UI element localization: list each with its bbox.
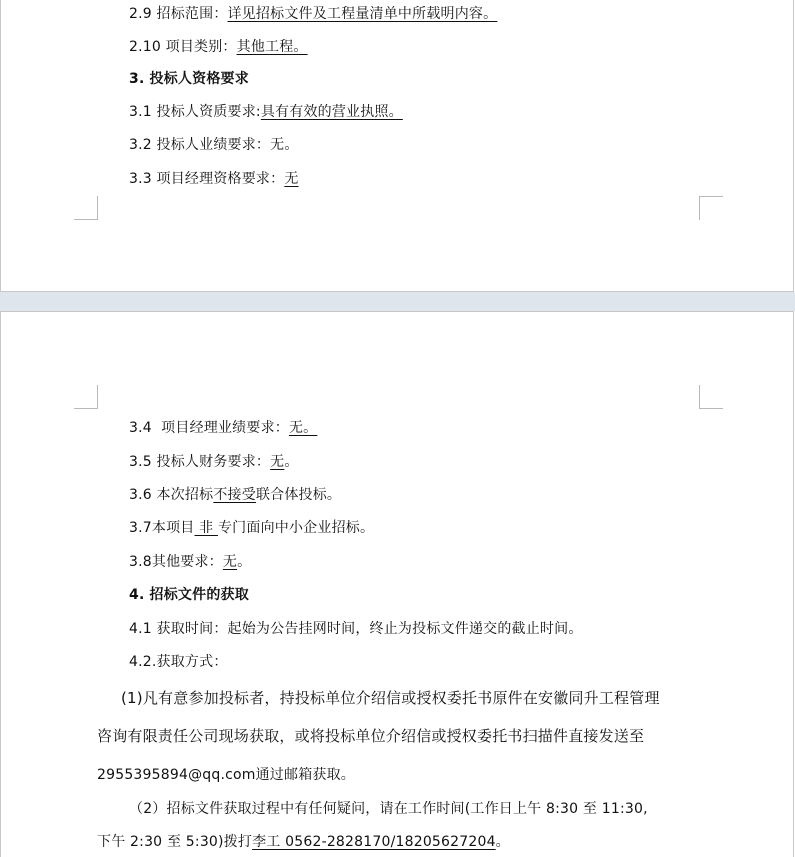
paragraph-3-2[interactable]: 3.2 投标人业绩要求：无。 — [129, 136, 299, 154]
paragraph-4-2-2-line-1[interactable]: （2）招标文件获取过程中有任何疑问，请在工作时间(工作日上午 8:30 至 11… — [129, 800, 648, 818]
paragraph-4-2-2-line-2[interactable]: 下午 2:30 至 5:30)拨打李工 0562-2828170/1820562… — [97, 833, 510, 851]
section-heading-4[interactable]: 4. 招标文件的获取 — [129, 586, 249, 604]
text: 3.6 本次招标 — [129, 487, 213, 503]
margin-corner-mark — [74, 385, 98, 409]
text: 。 — [496, 834, 510, 850]
text: 4.1 获取时间：起始为公告挂网时间，终止为投标文件递交的截止时间。 — [129, 621, 583, 637]
underlined-text: 无 — [270, 454, 284, 470]
document-page-1[interactable]: 2.9 招标范围：详见招标文件及工程量清单中所载明内容。 2.10 项目类别：其… — [0, 0, 794, 292]
paragraph-3-3[interactable]: 3.3 项目经理资格要求：无 — [129, 170, 299, 188]
text: 3.5 投标人财务要求： — [129, 454, 270, 470]
underlined-text: 无 — [284, 171, 298, 187]
paragraph-4-2-1-line-2[interactable]: 咨询有限责任公司现场获取，或将投标单位介绍信或授权委托书扫描件直接发送至 — [97, 727, 644, 745]
text: (1)凡有意参加投标者，持投标单位介绍信或授权委托书原件在安徽同升工程管理 — [121, 689, 660, 707]
text: 2955395894@qq.com通过邮箱获取。 — [97, 767, 355, 783]
text: 2.9 招标范围： — [129, 6, 228, 22]
text: （2）招标文件获取过程中有任何疑问，请在工作时间(工作日上午 8:30 至 11… — [129, 801, 648, 817]
text: 联合体投标。 — [256, 487, 341, 503]
paragraph-3-7[interactable]: 3.7本项目 非 专门面向中小企业招标。 — [129, 519, 374, 537]
paragraph-4-1[interactable]: 4.1 获取时间：起始为公告挂网时间，终止为投标文件递交的截止时间。 — [129, 620, 583, 638]
text: 下午 2:30 至 5:30)拨打 — [97, 834, 252, 850]
paragraph-3-5[interactable]: 3.5 投标人财务要求：无。 — [129, 453, 299, 471]
text: 3.8其他要求： — [129, 554, 223, 570]
paragraph-3-6[interactable]: 3.6 本次招标不接受联合体投标。 — [129, 486, 341, 504]
text: 3.1 投标人资质要求: — [129, 104, 261, 120]
underlined-text: 其他工程。 — [237, 39, 308, 55]
underlined-text: 无。 — [289, 420, 317, 436]
text: 3.2 投标人业绩要求：无。 — [129, 137, 299, 153]
paragraph-4-2-1-line-1[interactable]: (1)凡有意参加投标者，持投标单位介绍信或授权委托书原件在安徽同升工程管理 — [121, 689, 660, 707]
paragraph-3-8[interactable]: 3.8其他要求：无。 — [129, 553, 251, 571]
text: 3.3 项目经理资格要求： — [129, 171, 284, 187]
margin-corner-mark — [699, 196, 723, 220]
paragraph-4-2-1-line-3[interactable]: 2955395894@qq.com通过邮箱获取。 — [97, 766, 355, 784]
document-page-2[interactable]: 3.4 项目经理业绩要求：无。 3.5 投标人财务要求：无。 3.6 本次招标不… — [0, 311, 794, 857]
underlined-text: 具有有效的营业执照。 — [261, 104, 403, 120]
page-separator — [0, 292, 795, 311]
underlined-text: 不接受 — [213, 487, 256, 503]
text: 咨询有限责任公司现场获取，或将投标单位介绍信或授权委托书扫描件直接发送至 — [97, 727, 644, 745]
text: 专门面向中小企业招标。 — [218, 520, 374, 536]
paragraph-3-4[interactable]: 3.4 项目经理业绩要求：无。 — [129, 419, 317, 437]
paragraph-3-1[interactable]: 3.1 投标人资质要求:具有有效的营业执照。 — [129, 103, 403, 121]
paragraph-4-2[interactable]: 4.2.获取方式： — [129, 653, 228, 671]
text: 。 — [237, 554, 251, 570]
contact-phone: 李工 0562-2828170/18205627204 — [252, 834, 496, 850]
section-heading-3[interactable]: 3. 投标人资格要求 — [129, 70, 249, 88]
text: 4.2.获取方式： — [129, 654, 228, 670]
margin-corner-mark — [699, 385, 723, 409]
text: 2.10 项目类别： — [129, 39, 237, 55]
text: 3.7本项目 — [129, 520, 194, 536]
margin-corner-mark — [74, 196, 98, 220]
text: 。 — [284, 454, 298, 470]
underlined-text: 无 — [223, 554, 237, 570]
paragraph-2-10[interactable]: 2.10 项目类别：其他工程。 — [129, 38, 308, 56]
underlined-text: 详见招标文件及工程量清单中所载明内容。 — [228, 6, 498, 22]
underlined-text: 非 — [194, 520, 218, 536]
text: 3.4 项目经理业绩要求： — [129, 420, 289, 436]
paragraph-2-9[interactable]: 2.9 招标范围：详见招标文件及工程量清单中所载明内容。 — [129, 5, 497, 23]
